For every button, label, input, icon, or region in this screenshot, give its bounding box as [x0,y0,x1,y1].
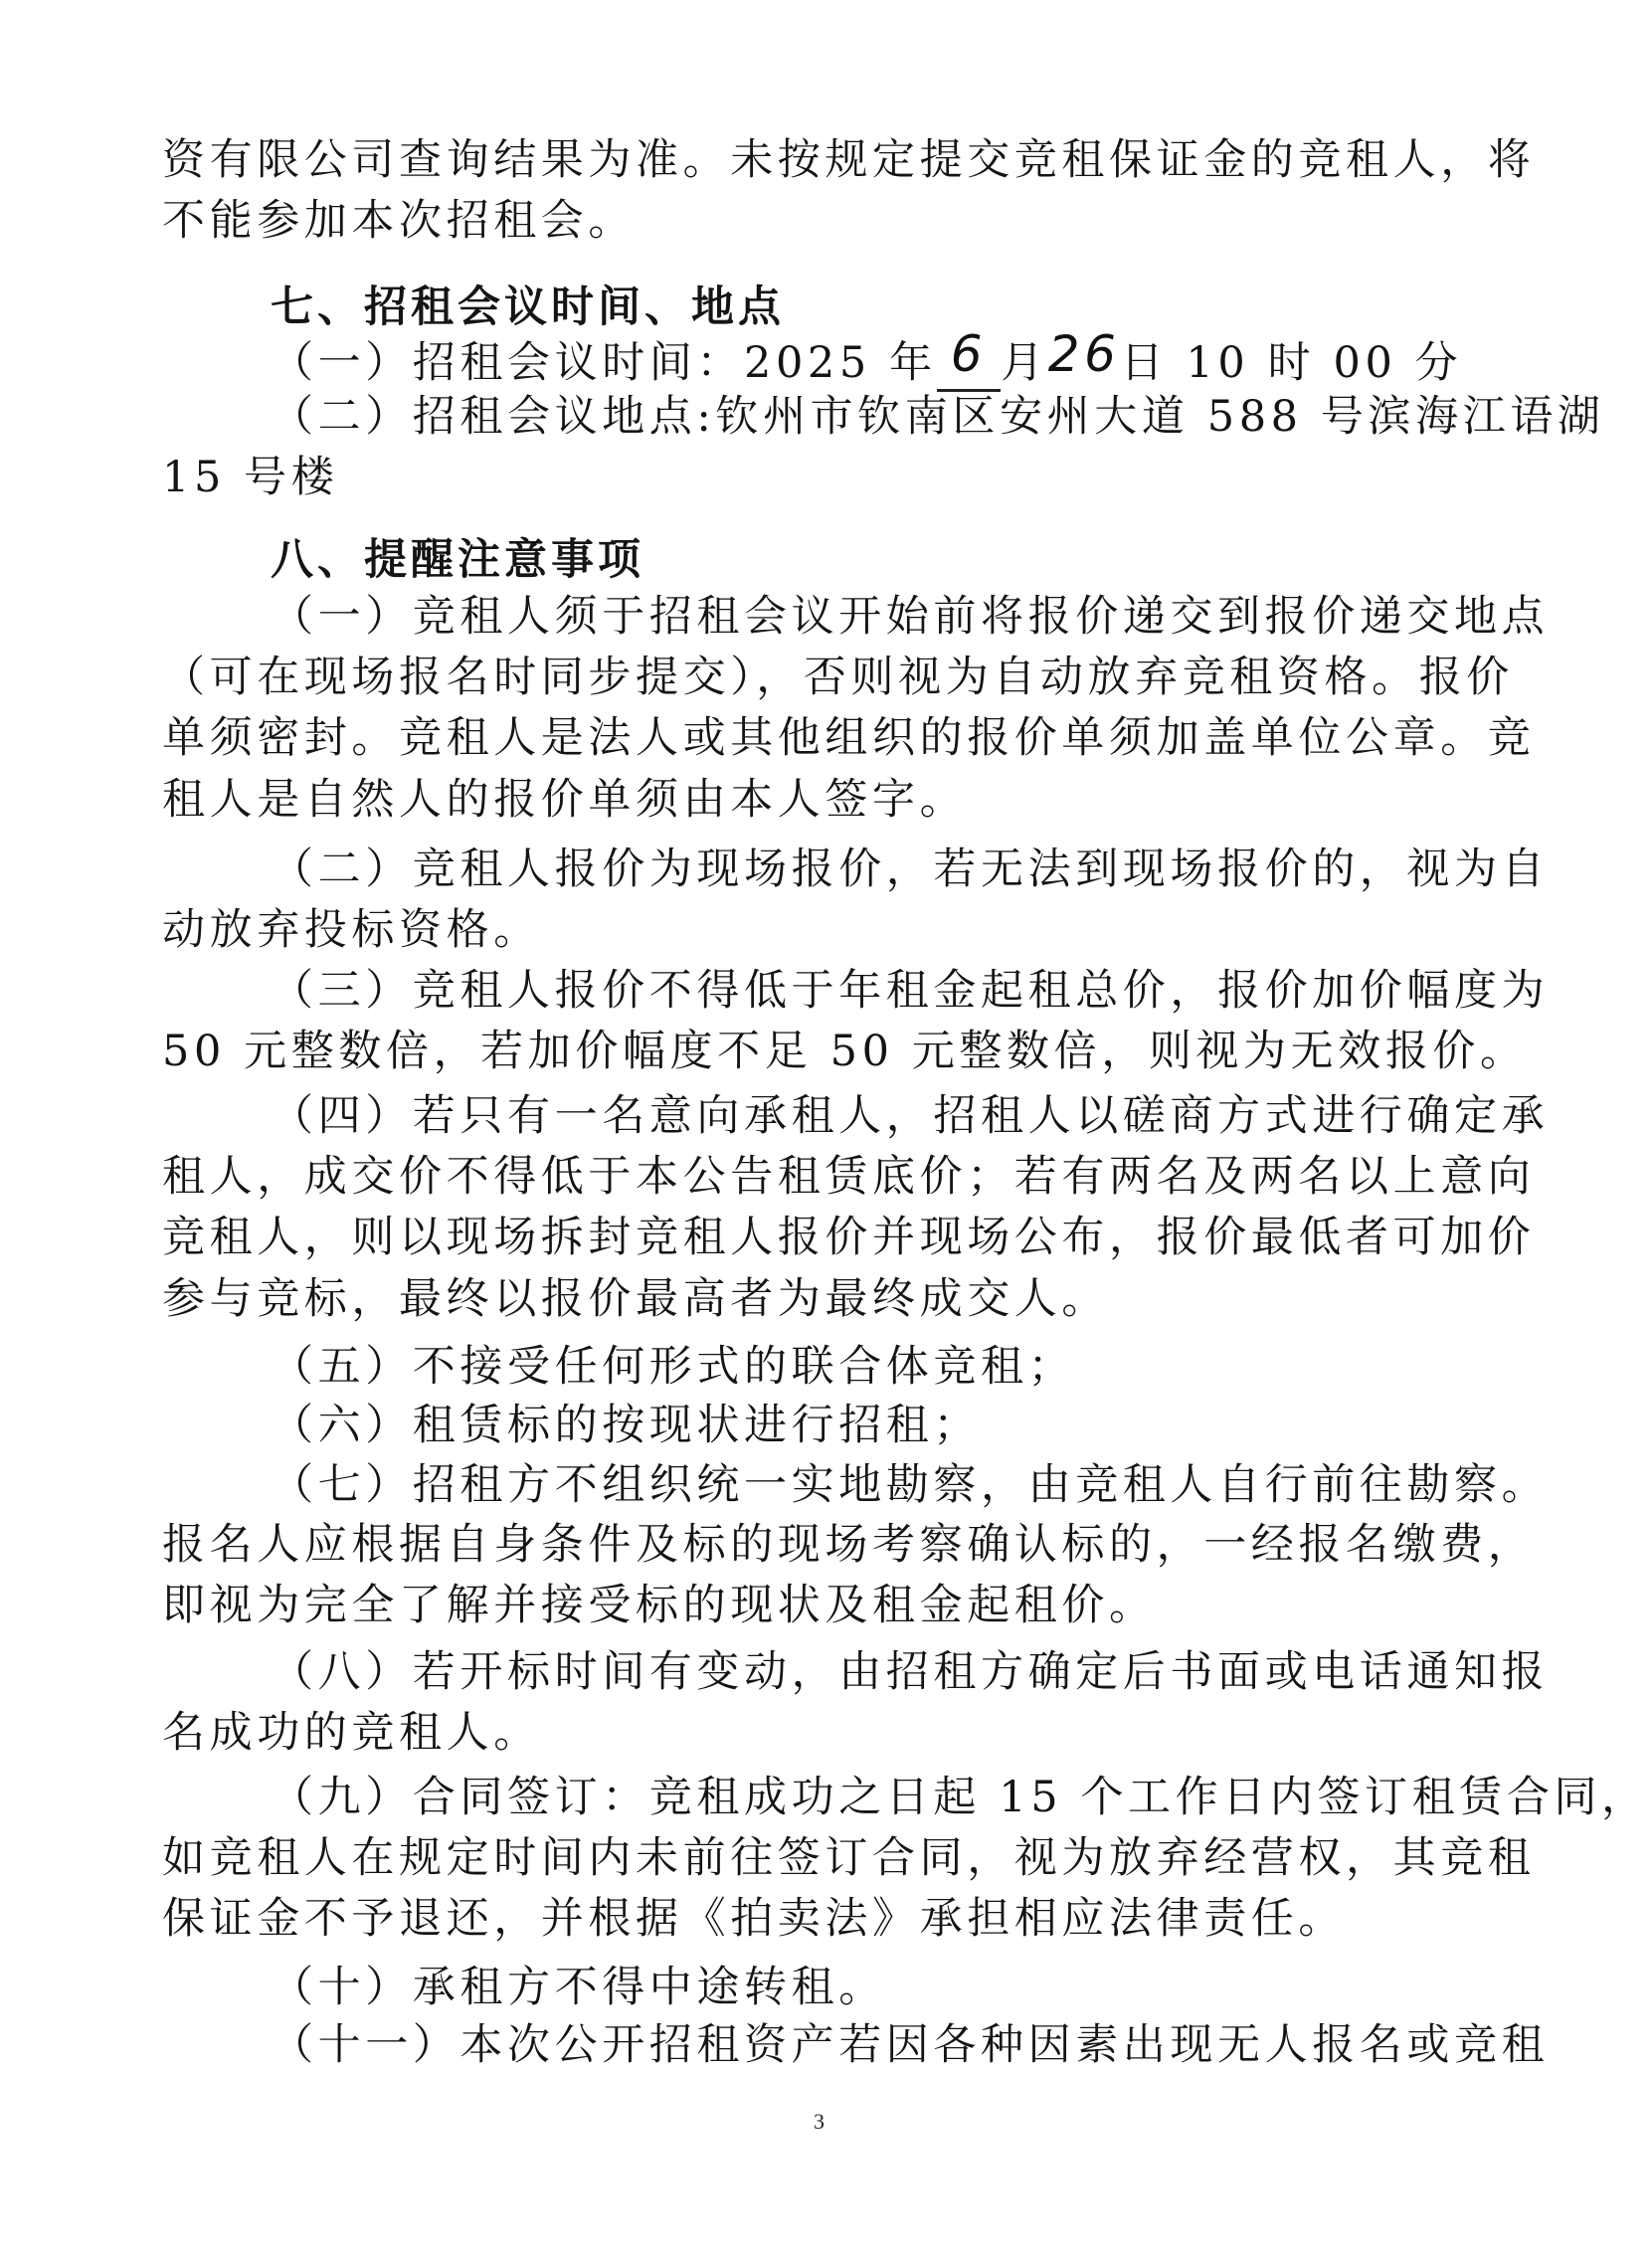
notice-item-4-cont: 租人，成交价不得低于本公告租赁底价；若有两名及两名以上意向 [162,1151,1495,1203]
meeting-location-line: 15 号楼 [162,452,1495,503]
paragraph-line: 资有限公司查询结果为准。未按规定提交竞租保证金的竞租人，将 [162,134,1495,186]
notice-item-10: （十）承租方不得中途转租。 [271,1962,1603,2013]
notice-item-7-cont: 报名人应根据自身条件及标的现场考察确认标的，一经报名缴费， [162,1519,1495,1571]
notice-item-4-cont: 竞租人，则以现场拆封竞租人报价并现场公布，报价最低者可加价 [162,1212,1495,1263]
notice-item-3-cont: 50 元整数倍，若加价幅度不足 50 元整数倍，则视为无效报价。 [162,1026,1495,1077]
notice-item-3: （三）竞租人报价不得低于年租金起租总价，报价加价幅度为 [271,965,1603,1017]
notice-item-1-cont: 单须密封。竞租人是法人或其他组织的报价单须加盖单位公章。竞 [162,712,1495,764]
notice-item-8-cont: 名成功的竞租人。 [162,1707,1495,1759]
notice-item-8: （八）若开标时间有变动，由招租方确定后书面或电话通知报 [271,1646,1603,1698]
handwritten-day: 26 [1048,328,1121,380]
month-blank: 6 [937,334,1001,392]
meeting-time-line: （一）招租会议时间：2025 年6月26日 10 时 00 分 [271,334,1603,392]
handwritten-month: 6 [951,328,987,380]
meeting-time-prefix: （一）招租会议时间：2025 年 [271,338,937,388]
notice-item-4-cont: 参与竞标，最终以报价最高者为最终成交人。 [162,1273,1495,1325]
notice-item-5: （五）不接受任何形式的联合体竞租； [271,1341,1603,1393]
notice-item-9-cont: 保证金不予退还，并根据《拍卖法》承担相应法律责任。 [162,1893,1495,1945]
meeting-location-line: （二）招租会议地点:钦州市钦南区安州大道 588 号滨海江语湖 [271,391,1603,443]
notice-item-11: （十一）本次公开招租资产若因各种因素出现无人报名或竞租 [271,2019,1603,2071]
notice-item-7-cont: 即视为完全了解并接受标的现状及租金起租价。 [162,1580,1495,1631]
notice-item-4: （四）若只有一名意向承租人，招租人以磋商方式进行确定承 [271,1090,1603,1142]
month-label: 月 [1001,338,1048,388]
notice-item-6: （六）租赁标的按现状进行招租； [271,1400,1603,1451]
notice-item-9: （九）合同签订：竞租成功之日起 15 个工作日内签订租赁合同， [271,1772,1603,1823]
section-heading-8: 八、提醒注意事项 [271,534,1603,586]
document-page: 资有限公司查询结果为准。未按规定提交竞租保证金的竞租人，将 不能参加本次招租会。… [0,0,1652,2263]
page-number: 3 [814,2109,825,2135]
section-heading-7: 七、招租会议时间、地点 [271,282,1603,333]
notice-item-1: （一）竞租人须于招租会议开始前将报价递交到报价递交地点 [271,591,1603,643]
notice-item-7: （七）招租方不组织统一实地勘察，由竞租人自行前往勘察。 [271,1459,1603,1511]
notice-item-9-cont: 如竞租人在规定时间内未前往签订合同，视为放弃经营权，其竞租 [162,1832,1495,1884]
paragraph-line: 不能参加本次招租会。 [162,195,1495,247]
notice-item-1-cont: 租人是自然人的报价单须由本人签字。 [162,774,1495,826]
notice-item-1-cont: （可在现场报名时同步提交），否则视为自动放弃竞租资格。报价 [162,652,1495,703]
meeting-time-suffix: 日 10 时 00 分 [1121,338,1463,388]
notice-item-2-cont: 动放弃投标资格。 [162,904,1495,956]
notice-item-2: （二）竞租人报价为现场报价，若无法到现场报价的，视为自 [271,844,1603,895]
